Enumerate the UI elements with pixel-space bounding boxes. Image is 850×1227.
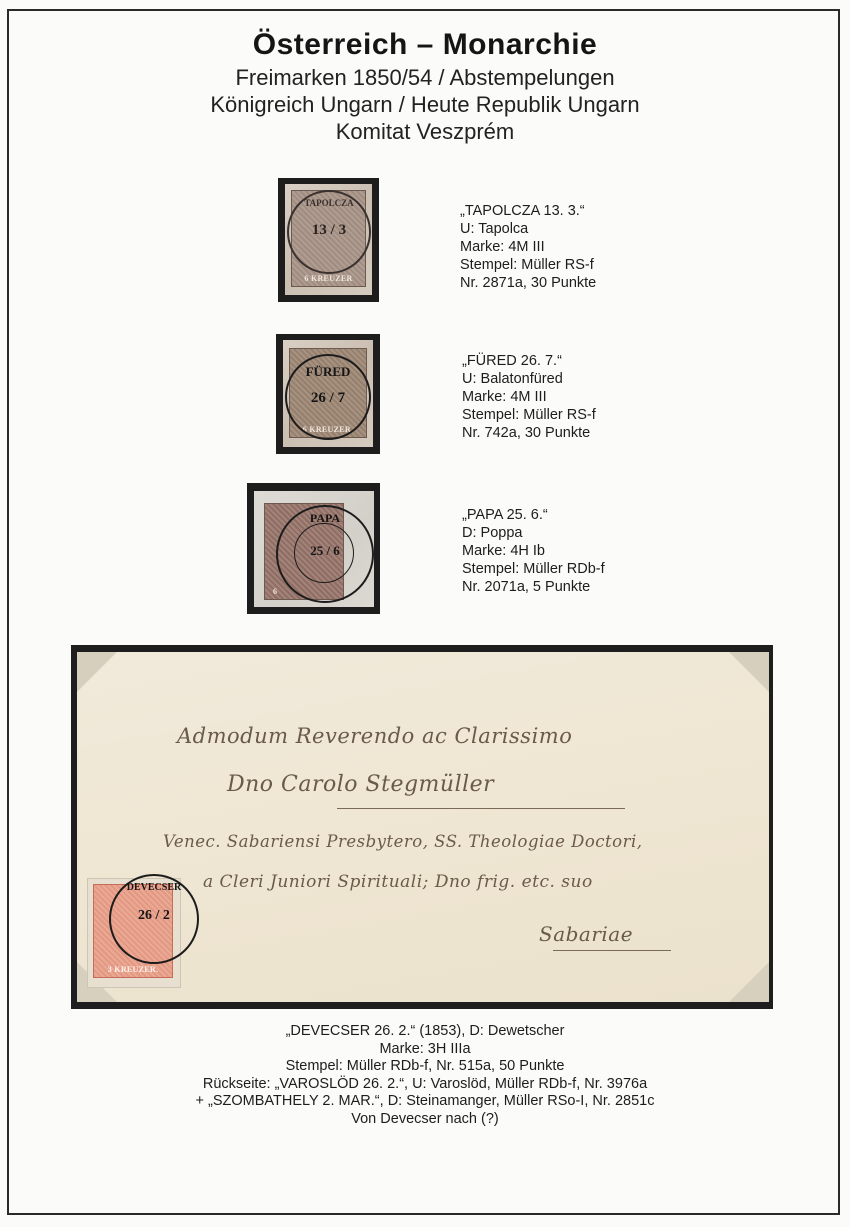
subtitle-county: Komitat Veszprém [0,118,850,145]
cancel-fured: FÜRED 26 / 7 [285,354,371,440]
desc-catalog: Nr. 742a, 30 Punkte [462,424,596,442]
stamp-fured: 6 KREUZER. FÜRED 26 / 7 [283,340,373,447]
stamp-mount-papa: 6 PAPA 25 / 6 [247,483,380,614]
stamp-description-tapolcza: „TAPOLCZA 13. 3.“ U: Tapolca Marke: 4M I… [460,202,596,292]
cancel-town: DEVECSER [111,882,197,893]
desc-cancel-type: Stempel: Müller RS-f [462,406,596,424]
cover-caption: „DEVECSER 26. 2.“ (1853), D: Dewetscher … [0,1023,850,1129]
address-line-4: a Cleri Juniori Spirituali; Dno frig. et… [203,872,593,892]
desc-cancel: „FÜRED 26. 7.“ [462,352,596,370]
caption-cancel-type: Stempel: Müller RDb-f, Nr. 515a, 50 Punk… [0,1058,850,1076]
cancel-town: PAPA [278,511,372,526]
stamp-description-papa: „PAPA 25. 6.“ D: Poppa Marke: 4H Ib Stem… [462,506,605,596]
cancel-town: FÜRED [287,364,369,380]
caption-route: Von Devecser nach (?) [0,1111,850,1129]
address-line-5: Sabariae [539,922,633,946]
desc-catalog: Nr. 2071a, 5 Punkte [462,578,605,596]
cancel-town: TAPOLCZA [289,198,369,208]
cancel-papa: PAPA 25 / 6 [276,505,374,603]
cancel-date: 26 / 7 [287,390,369,407]
desc-place: U: Balatonfüred [462,370,596,388]
address-line-2: Dno Carolo Stegmüller [227,772,494,797]
subtitle-issue: Freimarken 1850/54 / Abstempelungen [0,64,850,91]
cancel-date: 13 / 3 [289,222,369,239]
stamp-papa: 6 PAPA 25 / 6 [254,491,374,607]
stamp-description-fured: „FÜRED 26. 7.“ U: Balatonfüred Marke: 4M… [462,352,596,442]
photo-corner-top-left [77,652,117,692]
page-header: Österreich – Monarchie Freimarken 1850/5… [0,26,850,145]
desc-catalog: Nr. 2871a, 30 Punkte [460,274,596,292]
stamp-denomination: 6 KREUZER [292,274,365,283]
desc-cancel: „PAPA 25. 6.“ [462,506,605,524]
page-title: Österreich – Monarchie [0,26,850,64]
desc-cancel-type: Stempel: Müller RDb-f [462,560,605,578]
caption-stamp-type: Marke: 3H IIIa [0,1041,850,1059]
stamp-mount-tapolcza: 6 KREUZER TAPOLCZA 13 / 3 [278,178,379,302]
stamp-denomination: 3 KREUZER. [94,965,172,974]
address-line-1: Admodum Reverendo ac Clarissimo [177,724,572,748]
desc-stamp-type: Marke: 4M III [460,238,596,256]
address-line-3: Venec. Sabariensi Presbytero, SS. Theolo… [163,832,643,851]
desc-place: D: Poppa [462,524,605,542]
caption-backside: Rückseite: „VAROSLÖD 26. 2.“, U: Varoslö… [0,1076,850,1094]
desc-place: U: Tapolca [460,220,596,238]
desc-stamp-type: Marke: 4H Ib [462,542,605,560]
photo-corner-top-right [729,652,769,692]
stamp-mount-fured: 6 KREUZER. FÜRED 26 / 7 [276,334,380,454]
photo-corner-bottom-right [729,962,769,1002]
subtitle-region: Königreich Ungarn / Heute Republik Ungar… [0,91,850,118]
address-underline [337,808,625,809]
caption-cancel: „DEVECSER 26. 2.“ (1853), D: Dewetscher [0,1023,850,1041]
stamp-tapolcza: 6 KREUZER TAPOLCZA 13 / 3 [285,184,372,295]
postal-cover: Admodum Reverendo ac Clarissimo Dno Caro… [77,652,769,1002]
destination-underline [553,950,671,951]
desc-cancel: „TAPOLCZA 13. 3.“ [460,202,596,220]
cancel-devecser: DEVECSER 26 / 2 [109,874,199,964]
desc-cancel-type: Stempel: Müller RS-f [460,256,596,274]
cancel-date: 26 / 2 [111,908,197,924]
desc-stamp-type: Marke: 4M III [462,388,596,406]
cancel-tapolcza: TAPOLCZA 13 / 3 [287,190,371,274]
cancel-date: 25 / 6 [278,543,372,559]
caption-backside-2: + „SZOMBATHELY 2. MAR.“, D: Steinamanger… [0,1093,850,1111]
